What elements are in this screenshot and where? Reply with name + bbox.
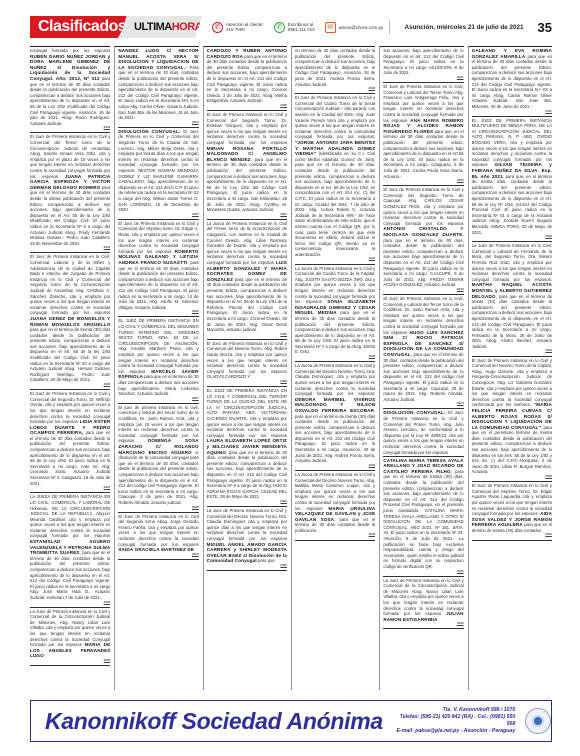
- logo-ultima: ULTIMA: [134, 21, 172, 33]
- column-1: conyugal formada por los esposos RUBEN D…: [30, 46, 110, 690]
- contact-email: ✉ avisos@uhora.com.py: [325, 22, 384, 33]
- notice-text: El Juez de Primera Instancia en lo Civil…: [472, 358, 552, 408]
- section-label: Clasificados: [30, 16, 130, 38]
- notice-parties: JUANA GENEZ DE MONGELOS Y ROMAN MONGELOS…: [30, 316, 110, 327]
- legal-notice: DISOLUCIÓN CONYUGAL: El Juez de Primera …: [383, 409, 463, 456]
- notice-text: , para que en el término de 30 días cont…: [207, 157, 287, 212]
- dateline: Asunción, miércoles 21 de julio de 2021: [405, 24, 524, 31]
- notice-reference: 2337: [295, 256, 375, 262]
- notice-text: , para que en el término de treinta (30)…: [383, 469, 463, 569]
- legal-notice: La Jueza de Primera Instancia en lo Civi…: [295, 362, 375, 471]
- notice-parties: DISOLUCIÓN CONYUGAL:: [383, 410, 445, 415]
- notice-text: El Juez de Primera en lo Civil y Comerci…: [118, 129, 198, 212]
- column-6: GALEANO Y EVA ROMINA GONZALEZ AMARILLA p…: [468, 46, 552, 690]
- notice-reference: 2323: [30, 658, 110, 664]
- notice-text: conyugal formada por los esposos: [30, 48, 110, 53]
- advertisement-banner: Kanonnikoff Sociedad Anónima Tte. V. Kan…: [30, 700, 552, 742]
- legal-notice: El Juez de Primera Instancia en lo Civil…: [30, 253, 110, 390]
- notice-text: , para que en el término de 30 días, con…: [383, 352, 463, 402]
- legal-notice: La Juez de Primera Instancia en lo Civil…: [472, 242, 552, 356]
- legal-notice: LA JUEZA DE PRIMERA INSTANCIA EN LO CIVI…: [30, 493, 110, 607]
- notice-reference: 2318: [30, 125, 110, 131]
- notice-reference: 2331: [207, 212, 287, 218]
- legal-notice: sus acciones, bajo apercibimiento de lo …: [383, 47, 463, 83]
- notice-reference: 2344: [383, 401, 463, 407]
- notice-text: La Juez de Primera Instancia en lo Civil…: [207, 508, 287, 541]
- logo-hora: HORA: [172, 21, 202, 33]
- legal-notice: El Juez de Primera Instancia en lo Civil…: [472, 482, 552, 540]
- notice-text: El Juez de Primera Instancia en lo Civil…: [118, 514, 198, 547]
- notice-reference: 2335: [207, 563, 287, 569]
- notice-text: para que en el término de 30 días contad…: [207, 277, 287, 332]
- notice-reference: 2333: [207, 379, 287, 385]
- legal-notice: EL JUEZ DE PRIMERA INSTANCIA MULTIFUERO …: [472, 117, 552, 243]
- legal-notice: La Jueza de Primera Instancia en lo Civi…: [295, 265, 375, 363]
- legal-notice: CARDOZO Y RUBEN ANTONIO CARDOZO ROA para…: [207, 47, 287, 111]
- notice-reference: 2326: [118, 309, 198, 315]
- notice-reference: 2345: [383, 569, 463, 575]
- legal-notice: La Juez de Primera Instancia en lo Civil…: [383, 577, 463, 630]
- notice-reference: 2348: [472, 234, 552, 240]
- legal-notice: El Juez de Primera Instancia en lo Civil…: [207, 111, 287, 220]
- legal-notice: El Juez de Primera Instancia en lo Civil…: [118, 220, 198, 318]
- notice-reference: 2332: [207, 332, 287, 338]
- notice-reference: 2319: [30, 245, 110, 251]
- notice-parties: DISOLUCIÓN CONYUGAL:: [118, 129, 180, 134]
- notice-text: , para que en el término de treinta (30)…: [295, 408, 375, 463]
- notice-text: El Juez de Primera Instancia en lo Civil…: [383, 187, 463, 226]
- legal-notice: El Juez de Primera Instancia en lo Civil…: [30, 390, 110, 493]
- classifieds-columns: conyugal formada por los esposos RUBEN D…: [30, 46, 552, 690]
- phone-icon: ✆: [212, 22, 223, 33]
- notice-parties: ANTONIO CRISTALDO Y NICOLASA GONZALEZ DU…: [383, 226, 463, 237]
- page-header: Clasificados ULTIMAHORA ✆ Atención al cl…: [30, 16, 552, 38]
- notice-parties: SAIDA GRACIELA MARTINEZ DE: [118, 547, 194, 552]
- notice-text: para que en el término de 30 días contad…: [30, 76, 110, 126]
- phone-number: 415 7000: [226, 27, 245, 32]
- column-3: CARDOZO Y RUBEN ANTONIO CARDOZO ROA para…: [203, 46, 287, 690]
- contact-whatsapp: ✆ Escribinos al0981 111 013: [274, 22, 315, 33]
- notice-reference: 2324: [118, 120, 198, 126]
- email-address: avisos@uhora.com.py: [339, 25, 384, 30]
- legal-notice: El Juez de Primera Instancia en lo Civil…: [295, 94, 375, 264]
- notice-reference: 2346: [383, 621, 463, 627]
- advertiser-address: Tte. V. Kanonnikoff 998 / 1070: [391, 707, 515, 714]
- legal-notice: El Juez de Primera Instancia en lo Civil…: [472, 357, 552, 483]
- notice-reference: 2330: [207, 103, 287, 109]
- advertiser-phones: Telefax: (595-21) 420 842 (RA) - Cel.: (…: [391, 714, 515, 728]
- notice-text: , para que en el término de 30 días, con…: [207, 450, 287, 500]
- legal-notice: El Juez de Primera Instancia en lo Civil…: [383, 83, 463, 186]
- section-title: Clasificados: [38, 18, 126, 36]
- notice-text: La Jueza de Primera Instancia en lo Civi…: [207, 221, 287, 265]
- notice-reference: 2325: [118, 212, 198, 218]
- legal-notice: El Juez de Primera Instancia en lo Civil…: [207, 340, 287, 387]
- legal-notice: DISOLUCIÓN CONYUGAL: El Juez de Primera …: [118, 128, 198, 220]
- notice-reference: 2340: [295, 532, 375, 538]
- page-number: 35: [538, 20, 552, 35]
- header-divider: [389, 20, 390, 34]
- newspaper-logo: ULTIMAHORA: [120, 16, 202, 38]
- legal-notice: en término de 30 días contados desde la …: [295, 47, 375, 94]
- notice-text: La Jueza de Primera Instancia en lo Civi…: [295, 363, 375, 396]
- notice-text: El Juez de Primera Instancia en lo Civil…: [295, 95, 375, 139]
- notice-text: EL JUEZ DE PRIMERA INSTANCIA EN LO CIVIL…: [207, 388, 287, 438]
- notice-text: , para que en el término de 30 días, con…: [30, 550, 110, 600]
- notice-text: El Juez de Primera Instancia en lo Civil…: [30, 134, 110, 178]
- notice-parties: RUBEN DARIO NUÑEZ JORDAN y DORA MARLENE …: [30, 54, 110, 81]
- notice-text: EL JUEZ DE PRIMERA INSTANCIA MULTIFUERO …: [472, 118, 552, 168]
- notice-text: Ruben Gauto Bozza, cita y emplaza por qu…: [207, 346, 287, 379]
- notice-text: , para que en el término de treinta (30)…: [472, 294, 552, 349]
- notice-text: EL JUEZ DE PRIMERA INSTANCIA EN LO CIVIL…: [118, 318, 198, 373]
- legal-notice: La Juez de Primera Instancia en lo Civil…: [30, 608, 110, 666]
- advertiser-contact: Tte. V. Kanonnikoff 998 / 1070 Telefax: …: [391, 707, 515, 735]
- notice-reference: 2322: [30, 600, 110, 606]
- notice-text: - Para que en el término de 30 días, con…: [118, 65, 198, 120]
- notice-text: para que en el término de treinta (30) d…: [30, 327, 110, 382]
- notice-text: para que en el término de 30 días contad…: [30, 185, 110, 246]
- notice-reference: 2343: [383, 287, 463, 293]
- advertiser-name: Kanonnikoff Sociedad Anónima: [31, 708, 383, 735]
- legal-notice: conyugal formada por los esposos RUBEN D…: [30, 47, 110, 133]
- notice-text: El Juez de Primera Instancia en lo Civil…: [383, 410, 463, 454]
- notice-reference: 2334: [207, 499, 287, 505]
- advertiser-email: E-mail: paksa@pla.net.py - Asunción - Pa…: [391, 728, 515, 735]
- notice-text: , para que en el término de 30 días, con…: [118, 260, 198, 310]
- notice-text: (Identificada en su C.I. Civil como Mirt…: [295, 151, 375, 257]
- notice-text: para que en el término de 30 días contad…: [207, 54, 287, 104]
- column-4: en término de 30 días contados desde la …: [291, 46, 375, 690]
- notice-text: LA JUEZA DE PRIMERA INSTANCIA EN LO CIVI…: [30, 494, 110, 538]
- legal-notice: GALEANO Y EVA ROMINA GONZALEZ AMARILLA p…: [472, 47, 552, 117]
- legal-notice: El Juez de Primera Instancia en lo Civil…: [383, 295, 463, 409]
- notice-text: para que: [257, 558, 275, 563]
- legal-notice: El Juez de Primera Instancia en lo Civil…: [118, 513, 198, 560]
- notice-text: , para que, en el término de treinta día…: [472, 174, 552, 235]
- legal-notice: La Jueza de Primera Instancia en lo Civi…: [295, 471, 375, 541]
- notice-parties: DEBORA MARIBEL VIVEROS MALDONADO Y NILSO…: [295, 397, 375, 413]
- notice-reference: 2339: [295, 463, 375, 469]
- notice-reference: 2338: [295, 354, 375, 360]
- legal-notice: El juez de primera instancia en lo civil…: [118, 404, 198, 513]
- notice-reference: 2321: [30, 485, 110, 491]
- envelope-icon: ✉: [325, 22, 336, 33]
- legal-notice: NANDEZ LUGO C/ HECTOR MANUEL ACOSTA VERA…: [118, 47, 198, 128]
- notice-text: para que, en el término de 30 días conta…: [383, 129, 463, 179]
- legal-notice: El Juez de Primera Instancia en lo Civil…: [30, 133, 110, 253]
- notice-reference: 2320: [30, 382, 110, 388]
- notice-reference: 2351: [472, 532, 552, 538]
- legal-notice: El Juez de Primera Instancia en lo Civil…: [383, 186, 463, 295]
- whatsapp-number: 0981 111 013: [288, 27, 315, 32]
- notice-text: para que en el término de 30 días contad…: [472, 54, 552, 109]
- column-5: sus acciones, bajo apercibimiento de lo …: [379, 46, 463, 690]
- notice-reference: 2341: [383, 75, 463, 81]
- legal-notice: EL JUEZ DE PRIMERA INSTANCIA EN LO CIVIL…: [207, 387, 287, 507]
- notice-reference: 2349: [472, 348, 552, 354]
- notice-text: El Juez de Primera Instancia en lo Civil…: [207, 112, 287, 145]
- notice-text: , para que en el término de 30 días, con…: [383, 232, 463, 287]
- notice-text: , para que en el perentorio término de t…: [472, 425, 552, 475]
- notice-text: s/ disolución de la comunidad conyugal p…: [118, 450, 198, 505]
- notice-reference: 2347: [472, 109, 552, 115]
- whatsapp-icon: ✆: [274, 22, 285, 33]
- column-2: NANDEZ LUGO C/ HECTOR MANUEL ACOSTA VERA…: [114, 46, 198, 690]
- notice-reference: 2329: [118, 552, 198, 558]
- notice-reference: 2328: [118, 505, 198, 511]
- notice-text: para que en el término de 30 días contad…: [30, 430, 110, 485]
- legal-notice: La Juez de Primera Instancia en lo Civil…: [207, 507, 287, 571]
- legal-notice: EL JUEZ DE PRIMERA INSTANCIA EN LO CIVIL…: [118, 317, 198, 403]
- notice-reference: 2350: [472, 474, 552, 480]
- notice-text: sus acciones, bajo apercibimiento de lo …: [383, 48, 463, 75]
- notice-reference: 2327: [118, 396, 198, 402]
- contact-phone: ✆ Atención al cliente:415 7000: [212, 22, 264, 33]
- legal-notice: La Jueza de Primera Instancia en lo Civi…: [207, 220, 287, 340]
- advertiser-logo-icon: [525, 708, 551, 734]
- notice-text: La Juez de Primera Instancia en lo Civil…: [472, 243, 552, 282]
- notice-text: en término de 30 días contados desde la …: [295, 48, 375, 87]
- legal-notice: CATALINA MARIA TERESA AYALA ARELLANO Y J…: [383, 457, 463, 577]
- notice-text: El Juez de Primera Instancia en lo Civil…: [30, 254, 110, 315]
- notice-text: para que en el término de 30 días contad…: [295, 310, 375, 354]
